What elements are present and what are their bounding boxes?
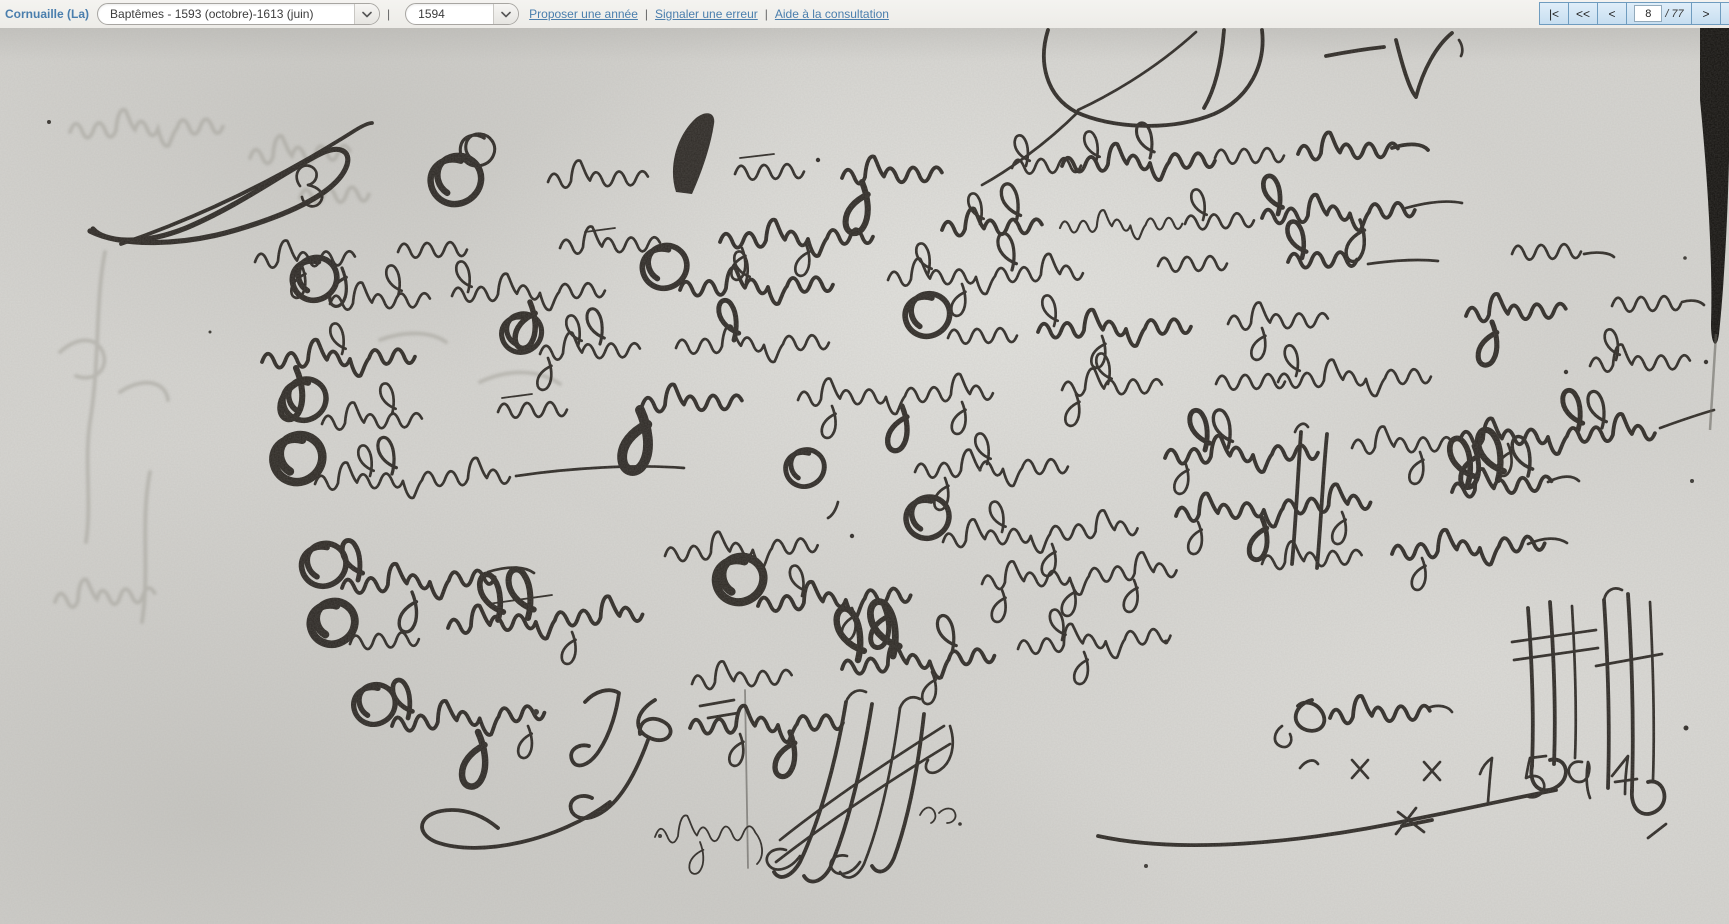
year-select[interactable]: 1594: [405, 3, 519, 25]
last-page-button[interactable]: >|: [1720, 2, 1729, 25]
next-page-button[interactable]: >: [1691, 2, 1721, 25]
collection-title: Cornuaille (La): [5, 7, 89, 21]
register-select-value: Baptêmes - 1593 (octobre)-1613 (juin): [98, 7, 354, 21]
first-page-button[interactable]: |<: [1539, 2, 1569, 25]
toolbar-separator: |: [387, 7, 390, 21]
report-error-link[interactable]: Signaler une erreur: [655, 7, 758, 21]
paper-grain-overlay: [0, 28, 1729, 924]
links-separator: |: [765, 7, 768, 21]
help-link[interactable]: Aide à la consultation: [775, 7, 889, 21]
viewer-toolbar: Cornuaille (La) Baptêmes - 1593 (octobre…: [0, 0, 1729, 28]
page-total-label: / 77: [1665, 8, 1683, 20]
page-navigation: |< << < / 77 > >|: [1540, 2, 1729, 25]
archive-viewer-window: Cornuaille (La) Baptêmes - 1593 (octobre…: [0, 0, 1729, 924]
chevron-down-icon: [354, 4, 379, 24]
register-scan[interactable]: [0, 28, 1729, 924]
page-number-input[interactable]: [1634, 5, 1662, 22]
fast-prev-button[interactable]: <<: [1568, 2, 1598, 25]
manuscript-scan: [0, 28, 1729, 924]
links-separator: |: [645, 7, 648, 21]
page-indicator: / 77: [1626, 2, 1692, 25]
toolbar-links: Proposer une année | Signaler une erreur…: [529, 7, 889, 21]
propose-year-link[interactable]: Proposer une année: [529, 7, 638, 21]
register-select[interactable]: Baptêmes - 1593 (octobre)-1613 (juin): [97, 3, 380, 25]
prev-page-button[interactable]: <: [1597, 2, 1627, 25]
year-select-value: 1594: [406, 7, 493, 21]
chevron-down-icon: [493, 4, 518, 24]
